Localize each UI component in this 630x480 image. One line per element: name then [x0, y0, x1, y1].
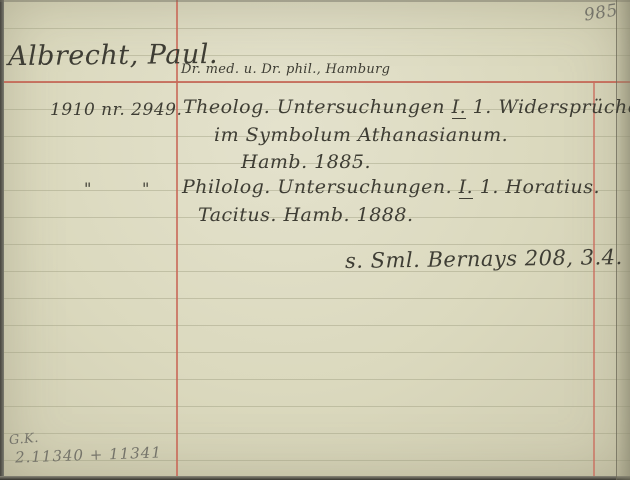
entry-title-line: Theolog. Untersuchungen I. 1. Widersprüc… [183, 96, 630, 118]
title-text: Philolog. Untersuchungen. [182, 176, 459, 198]
entry-imprint: Hamb. 1885. [241, 151, 371, 173]
volume-numeral: I. [459, 176, 474, 199]
ditto-mark: " [84, 179, 92, 198]
volume-numeral: I. [452, 96, 467, 119]
red-vertical-rule-left [176, 0, 178, 480]
scan-edge-top [0, 0, 630, 2]
title-text: Theolog. Untersuchungen [183, 96, 452, 118]
scan-edge-bottom [0, 476, 630, 480]
shelfmark-abbreviation: G.K. [8, 431, 39, 449]
author-qualifier: Dr. med. u. Dr. phil., Hamburg [181, 62, 390, 77]
cross-reference: s. Sml. Bernays 208, 3.4. [345, 245, 623, 273]
catalog-card: 985 Albrecht, Paul. Dr. med. u. Dr. phil… [0, 0, 630, 480]
ditto-mark: " [142, 179, 150, 198]
entry-imprint: Tacitus. Hamb. 1888. [198, 204, 414, 226]
scan-edge-left [0, 0, 4, 480]
title-text: 1. Horatius. [473, 176, 600, 198]
entry-title-line: im Symbolum Athanasianum. [214, 124, 508, 146]
entry-reference: 1910 nr. 2949. [50, 100, 182, 120]
title-text: 1. Widersprüche [466, 96, 630, 118]
shelfmark-numbers: 2.11340 + 11341 [15, 443, 162, 466]
page-number: 985 [583, 0, 620, 25]
card-right-edge [616, 0, 630, 480]
red-horizontal-rule [0, 81, 630, 83]
entry-title-line: Philolog. Untersuchungen. I. 1. Horatius… [182, 176, 600, 198]
red-vertical-rule-right [593, 81, 595, 480]
